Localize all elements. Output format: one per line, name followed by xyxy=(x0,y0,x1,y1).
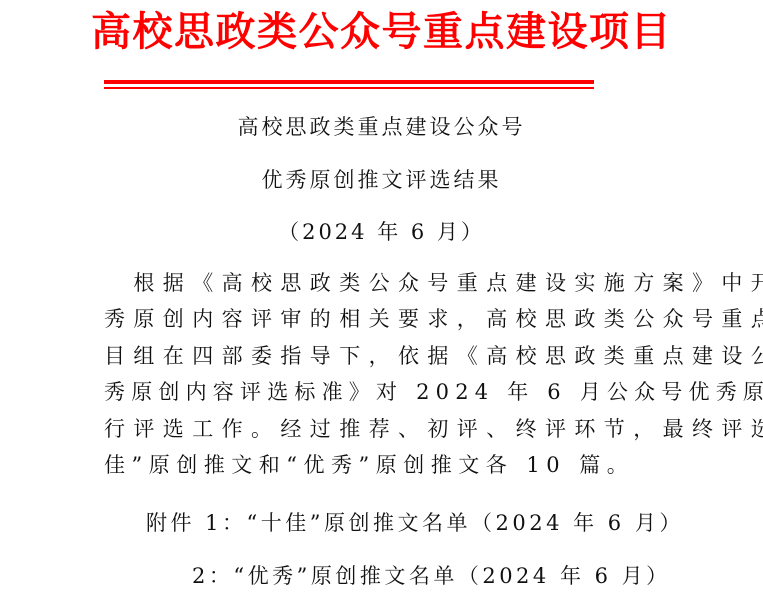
body-line: 秀原创内容评审的相关要求，高校思政类公众号重点建设项 xyxy=(104,301,664,337)
body-line: 行评选工作。经过推荐、初评、终评环节，最终评选出“十 xyxy=(104,411,664,447)
body-line: 目组在四部委指导下，依据《高校思政类重点建设公众号优 xyxy=(104,338,664,374)
doc-heading-date: （2024 年 6 月） xyxy=(0,218,763,246)
body-line: 佳”原创推文和“优秀”原创推文各 10 篇。 xyxy=(104,447,664,483)
header-divider-thick xyxy=(104,80,594,84)
attachment-2: 2：“优秀”原创推文名单（2024 年 6 月） xyxy=(192,562,671,590)
doc-heading-line-1: 高校思政类重点建设公众号 xyxy=(0,113,763,141)
body-paragraph: 根据《高校思政类公众号重点建设实施方案》中开展优 秀原创内容评审的相关要求，高校… xyxy=(104,265,664,483)
header-divider-thin xyxy=(104,87,594,89)
body-line: 根据《高校思政类公众号重点建设实施方案》中开展优 xyxy=(104,265,664,301)
body-line: 秀原创内容评选标准》对 2024 年 6 月公众号优秀原创内容进 xyxy=(104,374,664,410)
doc-heading-line-2: 优秀原创推文评选结果 xyxy=(0,166,763,194)
attachment-1: 附件 1：“十佳”原创推文名单（2024 年 6 月） xyxy=(146,509,684,537)
document-header-title: 高校思政类公众号重点建设项目 xyxy=(0,6,763,58)
